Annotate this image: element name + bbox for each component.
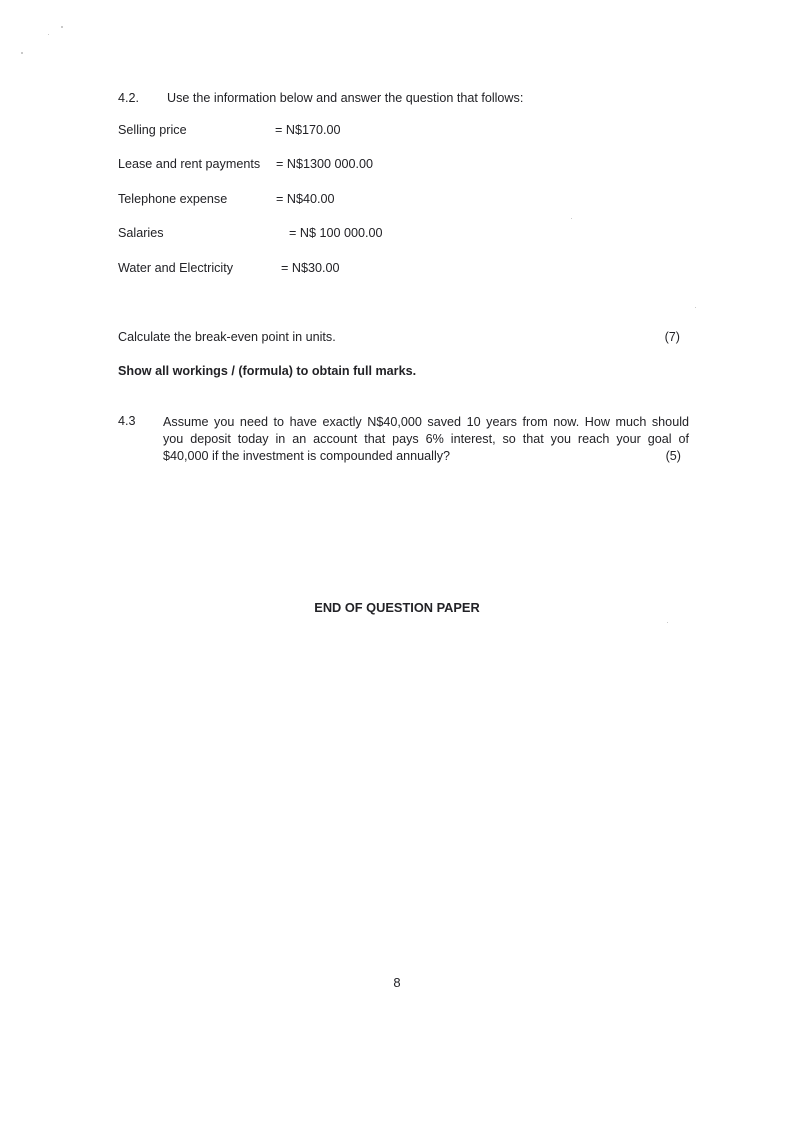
item-label: Telephone expense: [118, 192, 227, 206]
question-intro: Use the information below and answer the…: [167, 91, 523, 105]
question-marks: (7): [665, 330, 680, 344]
scan-speck: [48, 34, 49, 35]
item-value: = N$40.00: [276, 192, 334, 206]
question-line: you deposit today in an account that pay…: [163, 431, 689, 448]
question-line: $40,000 if the investment is compounded …: [163, 448, 689, 465]
scan-speck: [21, 52, 23, 54]
item-value: = N$30.00: [281, 261, 339, 275]
question-text: Assume you need to have exactly N$40,000…: [163, 414, 689, 465]
question-line: Assume you need to have exactly N$40,000…: [163, 414, 689, 431]
item-value: = N$ 100 000.00: [289, 226, 382, 240]
scan-speck: [667, 622, 668, 623]
question-number: 4.2.: [118, 91, 139, 105]
item-value: = N$170.00: [275, 123, 340, 137]
item-value: = N$1300 000.00: [276, 157, 373, 171]
scan-speck: [61, 26, 63, 28]
item-label: Salaries: [118, 226, 164, 240]
question-line-text: $40,000 if the investment is compounded …: [163, 449, 450, 463]
question-marks: (5): [666, 448, 681, 465]
page-number: 8: [0, 975, 794, 990]
item-label: Water and Electricity: [118, 261, 233, 275]
question-number: 4.3: [118, 414, 136, 428]
scan-speck: [695, 307, 696, 308]
question-task: Calculate the break-even point in units.: [118, 330, 336, 344]
scan-speck: [571, 218, 572, 219]
question-instruction: Show all workings / (formula) to obtain …: [118, 364, 416, 378]
item-label: Selling price: [118, 123, 187, 137]
end-of-paper-heading: END OF QUESTION PAPER: [0, 600, 794, 615]
item-label: Lease and rent payments: [118, 157, 260, 171]
